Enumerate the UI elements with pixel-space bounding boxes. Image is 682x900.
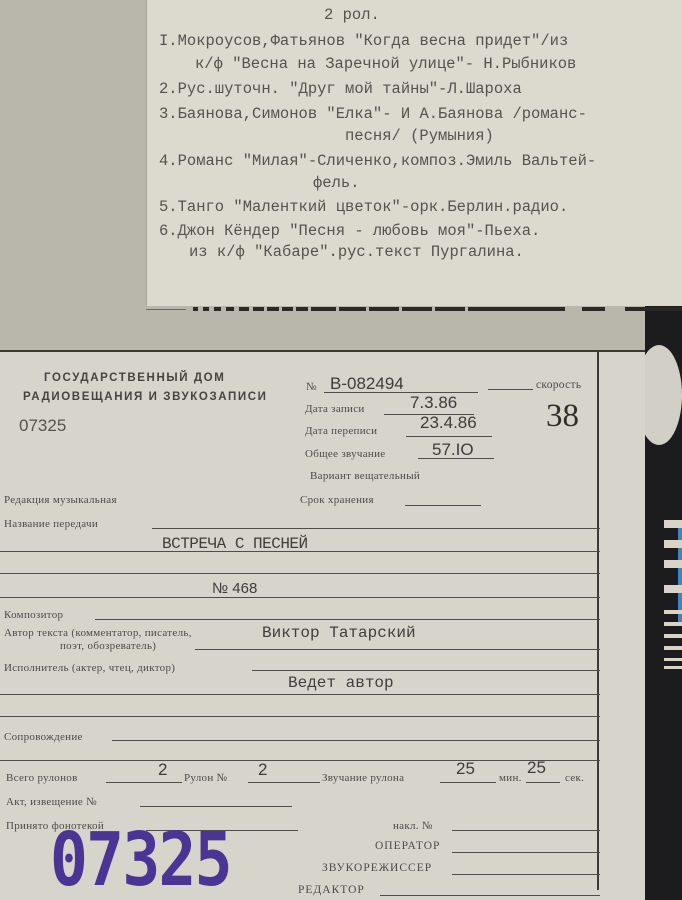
stripe	[664, 666, 682, 669]
number-value: В-082494	[330, 374, 404, 394]
program-name-label: Название передачи	[4, 518, 98, 530]
record-date-label: Дата записи	[305, 403, 365, 415]
performer-value: Ведет автор	[288, 674, 394, 692]
performer-line-2	[0, 694, 600, 695]
performer-label: Исполнитель (актер, чтец, диктор)	[4, 662, 175, 674]
track-1-line-2: к/ф "Весна на Заречной улице"- Н.Рыбнико…	[195, 55, 576, 73]
stripe	[664, 520, 682, 528]
separator-line	[0, 760, 600, 761]
seconds-unit: сек.	[565, 772, 584, 784]
card-border-line	[597, 350, 599, 890]
invoice-field	[452, 830, 600, 831]
storage-field	[405, 505, 481, 506]
reel-seconds-value: 25	[527, 758, 546, 778]
track-6-line-2: из к/ф "Кабаре".рус.текст Пургалина.	[189, 243, 524, 261]
total-reels-label: Всего рулонов	[6, 772, 78, 784]
text-author-value: Виктор Татарский	[262, 624, 416, 642]
rewrite-date-underline	[406, 436, 492, 437]
accompaniment-label: Сопровождение	[4, 731, 83, 743]
act-label: Акт, извещение №	[6, 796, 97, 808]
text-author-label-line-2: поэт, обозреватель)	[60, 640, 156, 652]
program-name-line-4	[0, 597, 600, 598]
reel-number-value: 2	[258, 760, 267, 780]
track-4-line-2: фель.	[313, 174, 360, 192]
variant-label: Вариант вещательный	[310, 470, 420, 482]
composer-label: Композитор	[4, 609, 63, 621]
stripe	[664, 560, 682, 568]
org-name-line-2: РАДИОВЕЩАНИЯ И ЗВУКОЗАПИСИ	[23, 391, 268, 403]
track-4-line-1: 4.Романс "Милая"-Сличенко,композ.Эмиль В…	[159, 152, 596, 170]
reel-seconds-field	[526, 782, 560, 783]
track-3-line-2: песня/ (Румыния)	[345, 127, 494, 145]
sound-engineer-field	[452, 874, 600, 875]
track-6-line-1: 6.Джон Кёндер "Песня - любовь моя"-Пьеха…	[159, 222, 540, 240]
reel-duration-label: Звучание рулона	[322, 772, 404, 784]
total-duration-label: Общее звучание	[305, 448, 385, 460]
text-author-field	[195, 649, 600, 650]
slip-heading: 2 рол.	[324, 6, 380, 24]
editor-label: РЕДАКТОР	[298, 884, 365, 896]
track-3-line-1: 3.Баянова,Симонов "Елка"- И А.Баянова /р…	[159, 105, 587, 123]
typed-track-list-slip: 2 рол. I.Мокроусов,Фатьянов "Когда весна…	[146, 0, 682, 306]
total-duration-underline	[418, 458, 494, 459]
performer-line-3	[0, 716, 600, 717]
card-number: 07325	[19, 416, 66, 436]
act-field	[140, 806, 292, 807]
reel-minutes-value: 25	[456, 759, 475, 779]
total-duration-value: 57.IO	[432, 440, 474, 460]
reel-number-label: Рулон №	[184, 772, 227, 784]
track-5-line-1: 5.Танго "Маленткий цветок"-орк.Берлин.ра…	[159, 198, 568, 216]
stripe	[664, 610, 682, 614]
stripe	[664, 585, 682, 593]
invoice-label: накл. №	[393, 820, 433, 832]
stripe	[664, 646, 682, 650]
stripe	[664, 634, 682, 638]
program-name-line-2	[0, 551, 600, 552]
operator-field	[452, 852, 600, 853]
speed-value: 38	[546, 398, 579, 435]
text-author-label-line-1: Автор текста (комментатор, писатель,	[4, 627, 192, 639]
perforation-strip	[146, 300, 682, 314]
total-reels-field	[106, 782, 182, 783]
speed-label: скорость	[536, 379, 581, 391]
stripe	[664, 540, 682, 548]
operator-label: ОПЕРАТОР	[375, 840, 440, 852]
number-label: №	[306, 381, 317, 393]
composer-field	[95, 619, 600, 620]
total-reels-value: 2	[158, 760, 167, 780]
rewrite-date-label: Дата переписи	[305, 425, 377, 437]
performer-field	[252, 670, 600, 671]
sound-engineer-label: ЗВУКОРЕЖИССЕР	[322, 862, 432, 874]
reel-minutes-field	[440, 782, 496, 783]
purple-stamp-number: 07325	[50, 820, 231, 900]
track-2-line-1: 2.Рус.шуточн. "Друг мой тайны"-Л.Шароха	[159, 80, 522, 98]
editorial-label: Редакция музыкальная	[4, 494, 117, 506]
program-name-line-3	[0, 573, 600, 574]
stripe	[664, 658, 682, 661]
editor-field	[380, 895, 600, 896]
stripe	[664, 622, 682, 626]
track-1-line-1: I.Мокроусов,Фатьянов "Когда весна придет…	[159, 32, 568, 50]
program-name-line-1	[152, 528, 600, 529]
record-date-value: 7.3.86	[410, 393, 457, 413]
rewrite-date-value: 23.4.86	[420, 413, 477, 433]
program-number-value: № 468	[212, 580, 257, 597]
accompaniment-field	[112, 740, 600, 741]
reel-number-field	[248, 782, 320, 783]
storage-label: Срок хранения	[300, 494, 374, 506]
minutes-unit: мин.	[499, 772, 522, 784]
number-underline-2	[488, 389, 533, 390]
org-name-line-1: ГОСУДАРСТВЕННЫЙ ДОМ	[44, 372, 225, 384]
